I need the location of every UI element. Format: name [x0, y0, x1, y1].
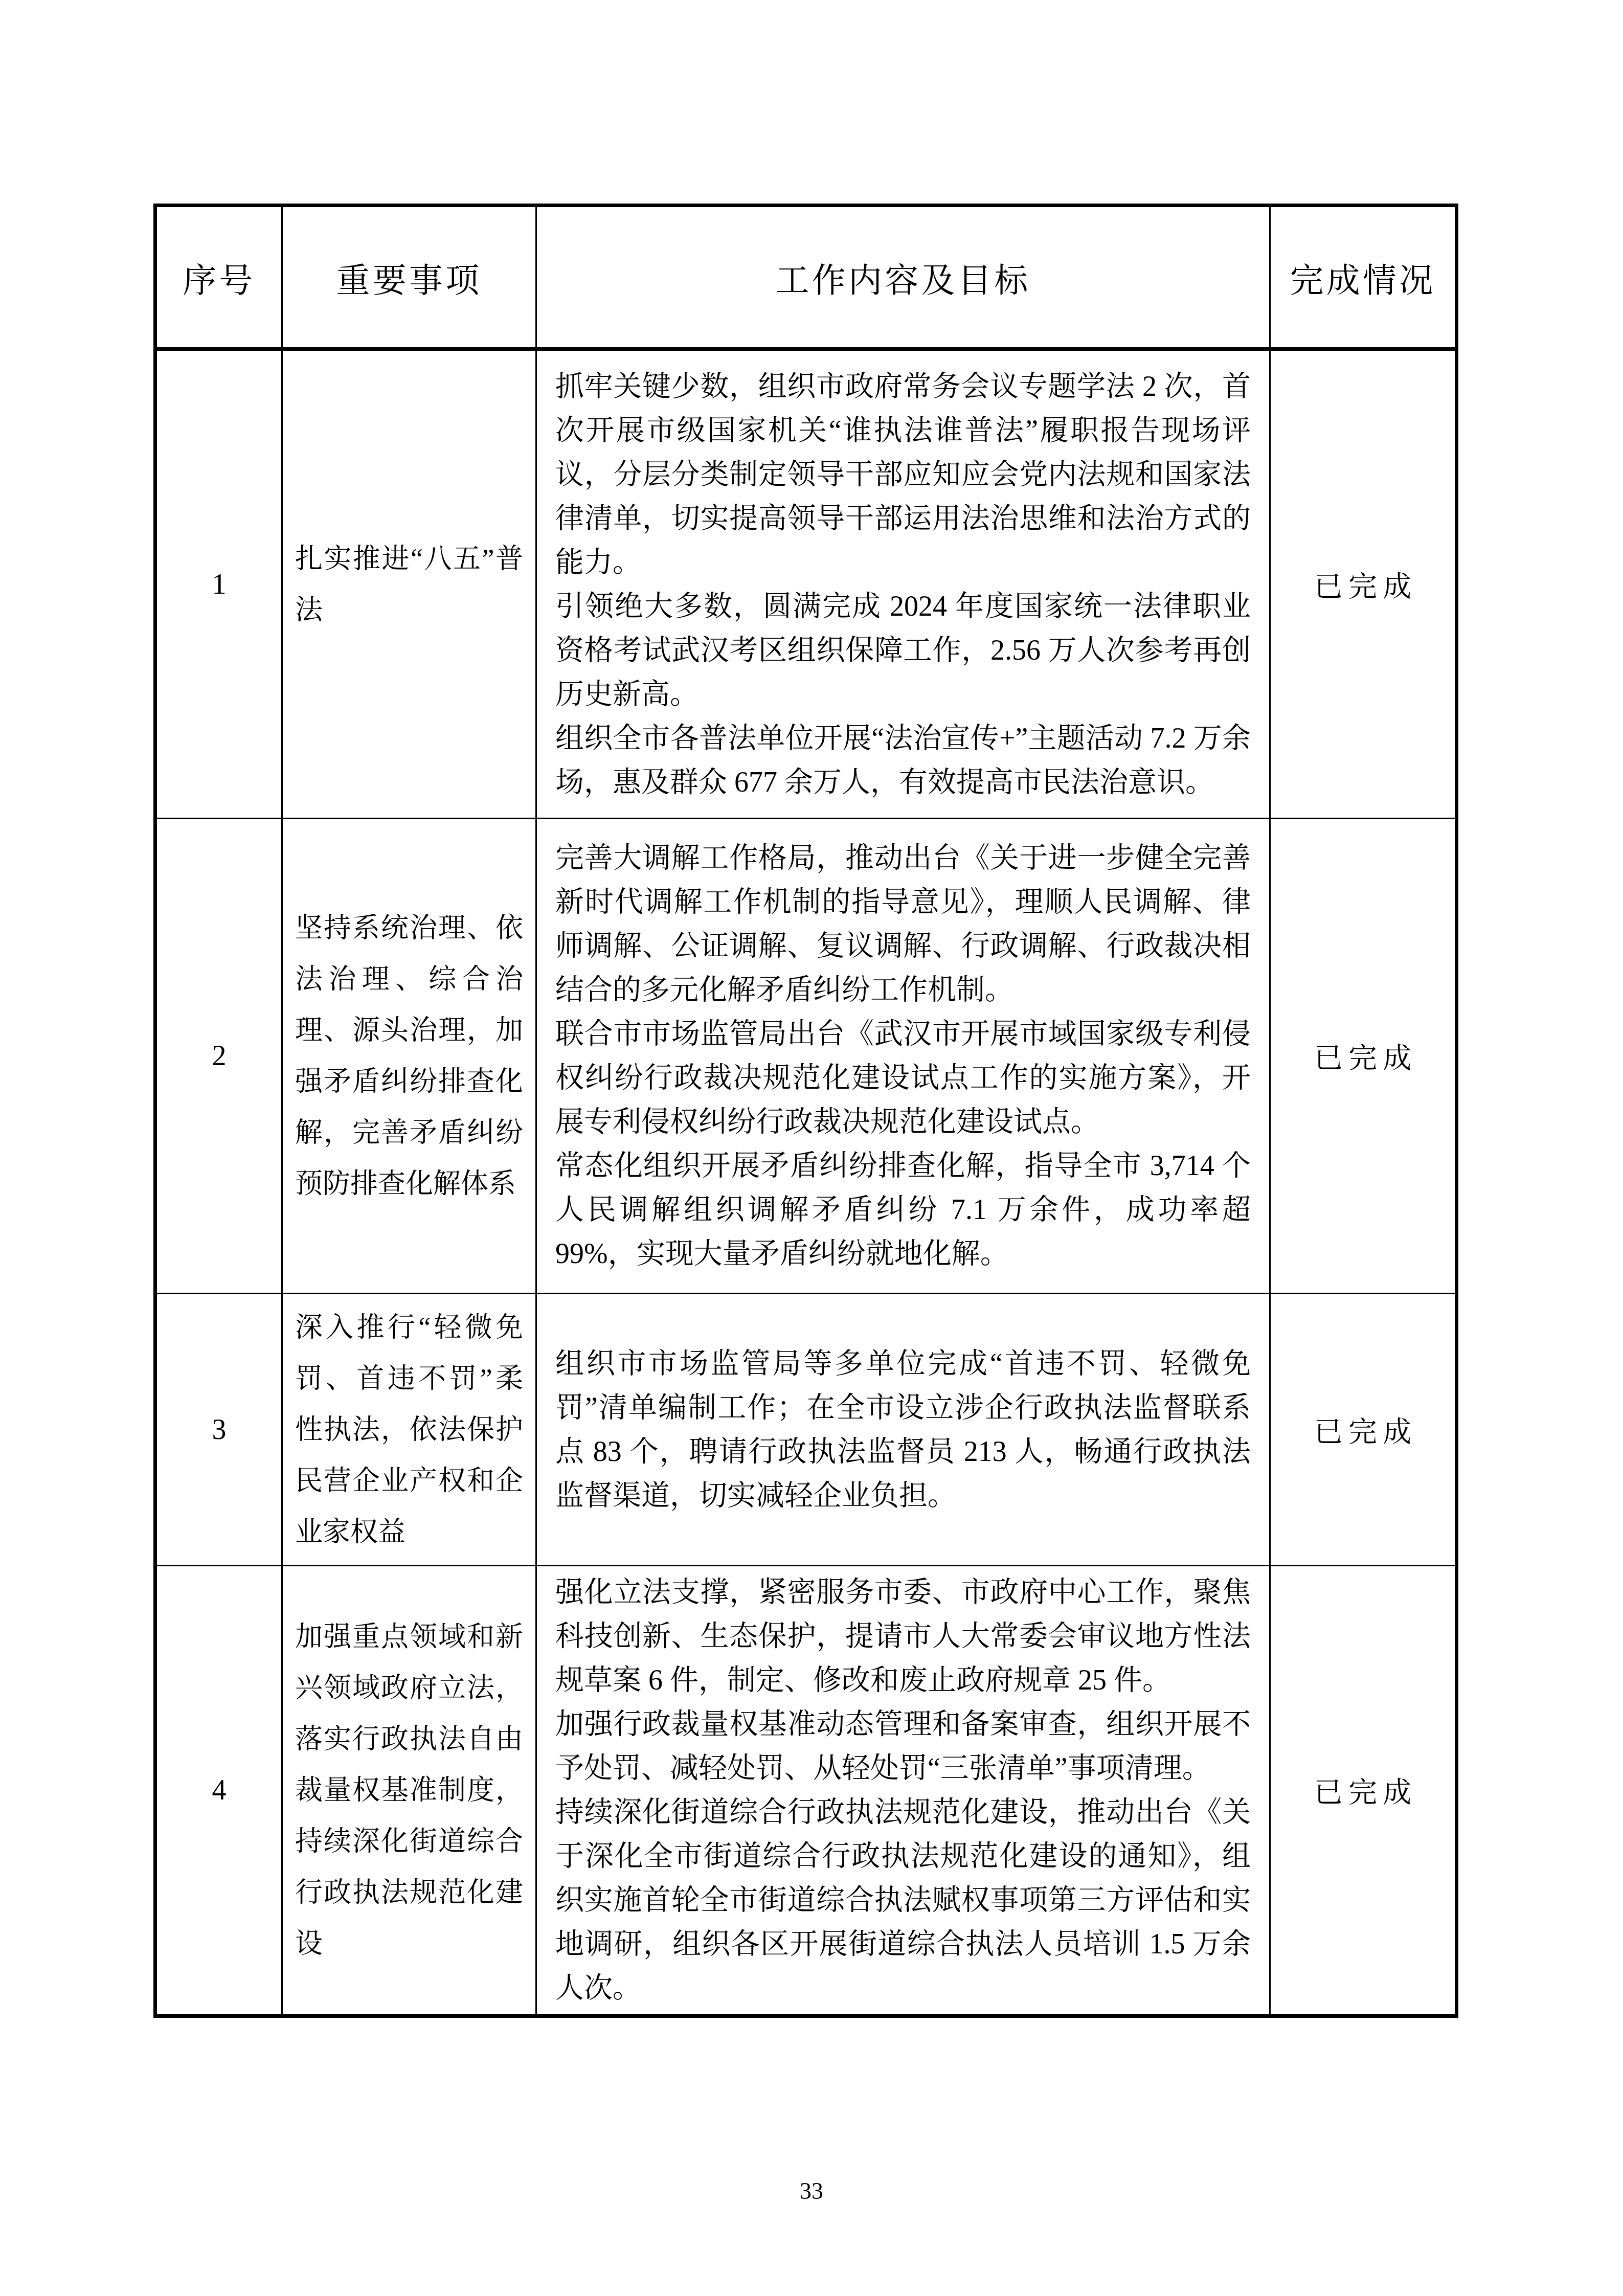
cell-completion-status: 已完成 — [1270, 819, 1457, 1294]
cell-completion-status: 已完成 — [1270, 1566, 1457, 2016]
cell-serial-number: 4 — [155, 1566, 282, 2016]
cell-important-item: 扎实推进“八五”普法 — [282, 349, 536, 819]
table-row: 3 深入推行“轻微免罚、首违不罚”柔性执法，依法保护民营企业产权和企业家权益 组… — [155, 1294, 1457, 1566]
work-content-paragraphs: 组织市市场监管局等多单位完成“首违不罚、轻微免罚”清单编制工作；在全市设立涉企行… — [537, 1338, 1269, 1522]
cell-important-item: 深入推行“轻微免罚、首违不罚”柔性执法，依法保护民营企业产权和企业家权益 — [282, 1294, 536, 1566]
work-content-paragraphs: 完善大调解工作格局，推动出台《关于进一步健全完善新时代调解工作机制的指导意见》，… — [537, 832, 1269, 1280]
important-item-text: 深入推行“轻微免罚、首违不罚”柔性执法，依法保护民营企业产权和企业家权益 — [283, 1302, 535, 1558]
header-important-item: 重要事项 — [282, 206, 536, 349]
important-item-text: 扎实推进“八五”普法 — [283, 533, 535, 636]
cell-work-content: 完善大调解工作格局，推动出台《关于进一步健全完善新时代调解工作机制的指导意见》，… — [536, 819, 1270, 1294]
important-item-text: 加强重点领域和新兴领域政府立法，落实行政执法自由裁量权基准制度，持续深化街道综合… — [283, 1611, 535, 1969]
paragraph: 引领绝大多数，圆满完成 2024 年度国家统一法律职业资格考试武汉考区组织保障工… — [555, 584, 1251, 716]
table-row: 1 扎实推进“八五”普法 抓牢关键少数，组织市政府常务会议专题学法 2 次，首次… — [155, 349, 1457, 819]
work-items-table: 序号 重要事项 工作内容及目标 完成情况 1 扎实推进“八五”普法 抓牢关键少数… — [153, 204, 1458, 2018]
paragraph: 组织全市各普法单位开展“法治宣传+”主题活动 7.2 万余场，惠及群众 677 … — [555, 716, 1251, 804]
cell-work-content: 强化立法支撑，紧密服务市委、市政府中心工作，聚焦科技创新、生态保护，提请市人大常… — [536, 1566, 1270, 2016]
page-number: 33 — [0, 2177, 1623, 2204]
paragraph: 加强行政裁量权基准动态管理和备案审查，组织开展不予处罚、减轻处罚、从轻处罚“三张… — [555, 1702, 1251, 1790]
table-row: 2 坚持系统治理、依法治理、综合治理、源头治理，加强矛盾纠纷排查化解，完善矛盾纠… — [155, 819, 1457, 1294]
important-item-text: 坚持系统治理、依法治理、综合治理、源头治理，加强矛盾纠纷排查化解，完善矛盾纠纷预… — [283, 903, 535, 1209]
paragraph: 强化立法支撑，紧密服务市委、市政府中心工作，聚焦科技创新、生态保护，提请市人大常… — [555, 1570, 1251, 1702]
document-page: 序号 重要事项 工作内容及目标 完成情况 1 扎实推进“八五”普法 抓牢关键少数… — [0, 0, 1623, 2296]
header-serial-number: 序号 — [155, 206, 282, 349]
paragraph: 抓牢关键少数，组织市政府常务会议专题学法 2 次，首次开展市级国家机关“谁执法谁… — [555, 365, 1251, 584]
table-row: 4 加强重点领域和新兴领域政府立法，落实行政执法自由裁量权基准制度，持续深化街道… — [155, 1566, 1457, 2016]
cell-serial-number: 1 — [155, 349, 282, 819]
cell-important-item: 坚持系统治理、依法治理、综合治理、源头治理，加强矛盾纠纷排查化解，完善矛盾纠纷预… — [282, 819, 536, 1294]
work-content-paragraphs: 强化立法支撑，紧密服务市委、市政府中心工作，聚焦科技创新、生态保护，提请市人大常… — [537, 1566, 1269, 2014]
paragraph: 组织市市场监管局等多单位完成“首违不罚、轻微免罚”清单编制工作；在全市设立涉企行… — [555, 1342, 1251, 1518]
table-header-row: 序号 重要事项 工作内容及目标 完成情况 — [155, 206, 1457, 349]
work-content-paragraphs: 抓牢关键少数，组织市政府常务会议专题学法 2 次，首次开展市级国家机关“谁执法谁… — [537, 361, 1269, 808]
paragraph: 持续深化街道综合行政执法规范化建设，推动出台《关于深化全市街道综合行政执法规范化… — [555, 1790, 1251, 2010]
paragraph: 联合市市场监管局出台《武汉市开展市域国家级专利侵权纠纷行政裁决规范化建设试点工作… — [555, 1012, 1251, 1144]
cell-serial-number: 2 — [155, 819, 282, 1294]
paragraph: 常态化组织开展矛盾纠纷排查化解，指导全市 3,714 个人民调解组织调解矛盾纠纷… — [555, 1144, 1251, 1276]
cell-important-item: 加强重点领域和新兴领域政府立法，落实行政执法自由裁量权基准制度，持续深化街道综合… — [282, 1566, 536, 2016]
cell-work-content: 抓牢关键少数，组织市政府常务会议专题学法 2 次，首次开展市级国家机关“谁执法谁… — [536, 349, 1270, 819]
cell-completion-status: 已完成 — [1270, 349, 1457, 819]
header-completion-status: 完成情况 — [1270, 206, 1457, 349]
cell-serial-number: 3 — [155, 1294, 282, 1566]
cell-work-content: 组织市市场监管局等多单位完成“首违不罚、轻微免罚”清单编制工作；在全市设立涉企行… — [536, 1294, 1270, 1566]
header-work-content: 工作内容及目标 — [536, 206, 1270, 349]
paragraph: 完善大调解工作格局，推动出台《关于进一步健全完善新时代调解工作机制的指导意见》，… — [555, 836, 1251, 1012]
cell-completion-status: 已完成 — [1270, 1294, 1457, 1566]
